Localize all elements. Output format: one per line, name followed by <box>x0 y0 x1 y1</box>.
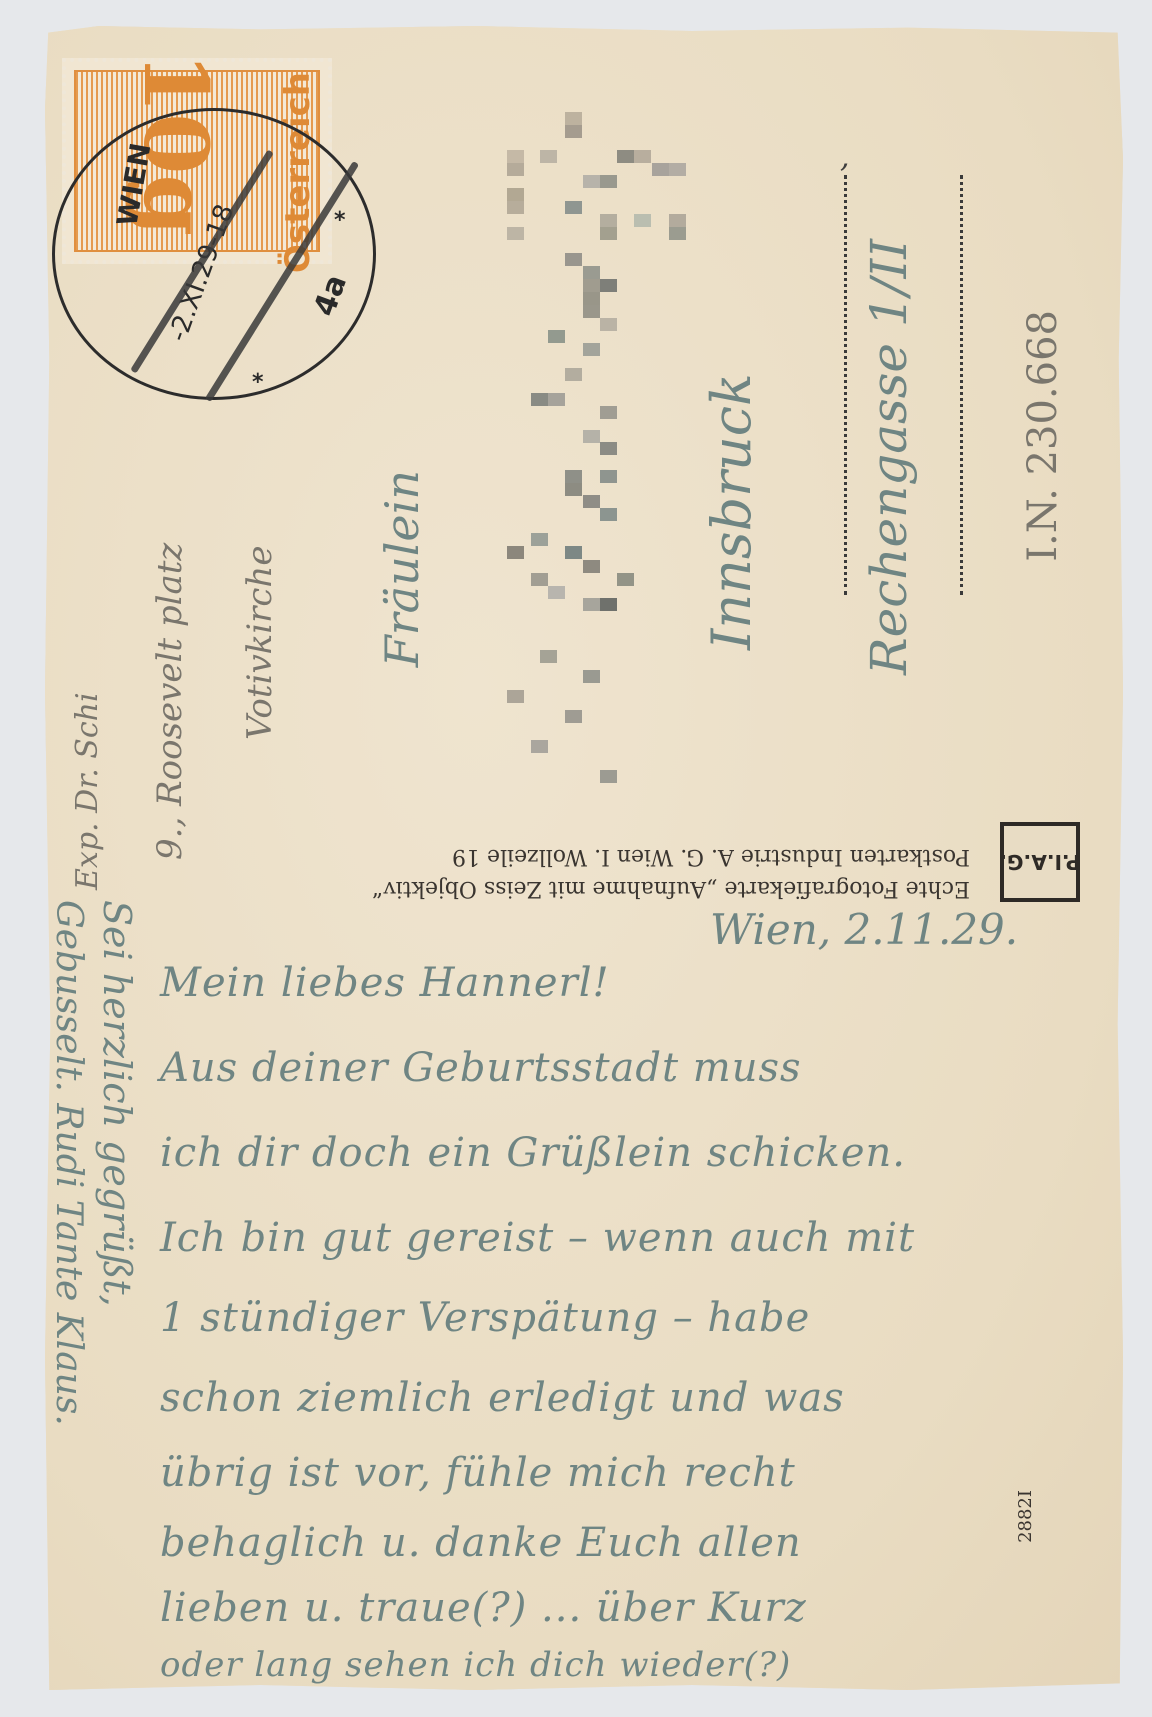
letter-line: Mein liebes Hannerl! <box>160 960 610 1006</box>
sender-line: Exp. Dr. Schi <box>70 530 105 890</box>
letter-line: ich dir doch ein Grüßlein schicken. <box>160 1130 906 1176</box>
recipient-salutation: Fräulein <box>375 470 429 667</box>
postmark-star: * <box>334 208 346 233</box>
redacted-recipient-name <box>490 90 680 800</box>
recipient-street: Rechengasse 1/II <box>860 55 918 675</box>
publisher-imprint: Echte Fotografïekarte „Aufnahme mit Zeis… <box>180 840 970 904</box>
letter-line: Aus deiner Geburtsstadt muss <box>160 1045 802 1091</box>
sender-line: 9., Roosevelt platz <box>150 400 190 860</box>
letter-line: behaglich u. danke Euch allen <box>160 1520 802 1566</box>
letter-place-date: Wien, 2.11.29. <box>710 905 1018 954</box>
recipient-city: Innsbruck <box>700 180 763 650</box>
letter-line: lieben u. traue(?) ... über Kurz <box>160 1585 807 1631</box>
letter-line: schon ziemlich erledigt und was <box>160 1375 845 1421</box>
letter-line: Ich bin gut gereist – wenn auch mit <box>160 1215 915 1261</box>
imprint-line-1: Echte Fotografïekarte „Aufnahme mit Zeis… <box>180 872 970 904</box>
letter-line: übrig ist vor, fühle mich recht <box>160 1450 796 1496</box>
margin-closing-1: Sei herzlich gegrüßt, <box>95 900 139 1540</box>
address-line <box>960 175 963 595</box>
postmark: WIEN -2.XI.29-18 4a * * <box>52 108 372 408</box>
margin-closing-2: Gebusselt. Rudi Tante Klaus. <box>48 900 89 1680</box>
sender-line: Votivkirche <box>240 440 280 740</box>
letter-line: 1 stündiger Verspätung – habe <box>160 1295 810 1341</box>
sender-address: Exp. Dr. Schi 9., Roosevelt platz Votivk… <box>60 380 320 900</box>
archive-number: I.N. 230.668 <box>1020 310 1066 562</box>
recipient-city-punct: , <box>840 140 850 175</box>
address-line <box>844 175 847 595</box>
publisher-logo: P.I.A.G. <box>1000 822 1080 902</box>
letter-line: oder lang sehen ich dich wieder(?) <box>160 1645 791 1685</box>
catalog-number: 2882I <box>1015 1490 1036 1543</box>
imprint-line-2: Postkarten Industrie A. G. Wien I. Wollz… <box>180 840 970 872</box>
